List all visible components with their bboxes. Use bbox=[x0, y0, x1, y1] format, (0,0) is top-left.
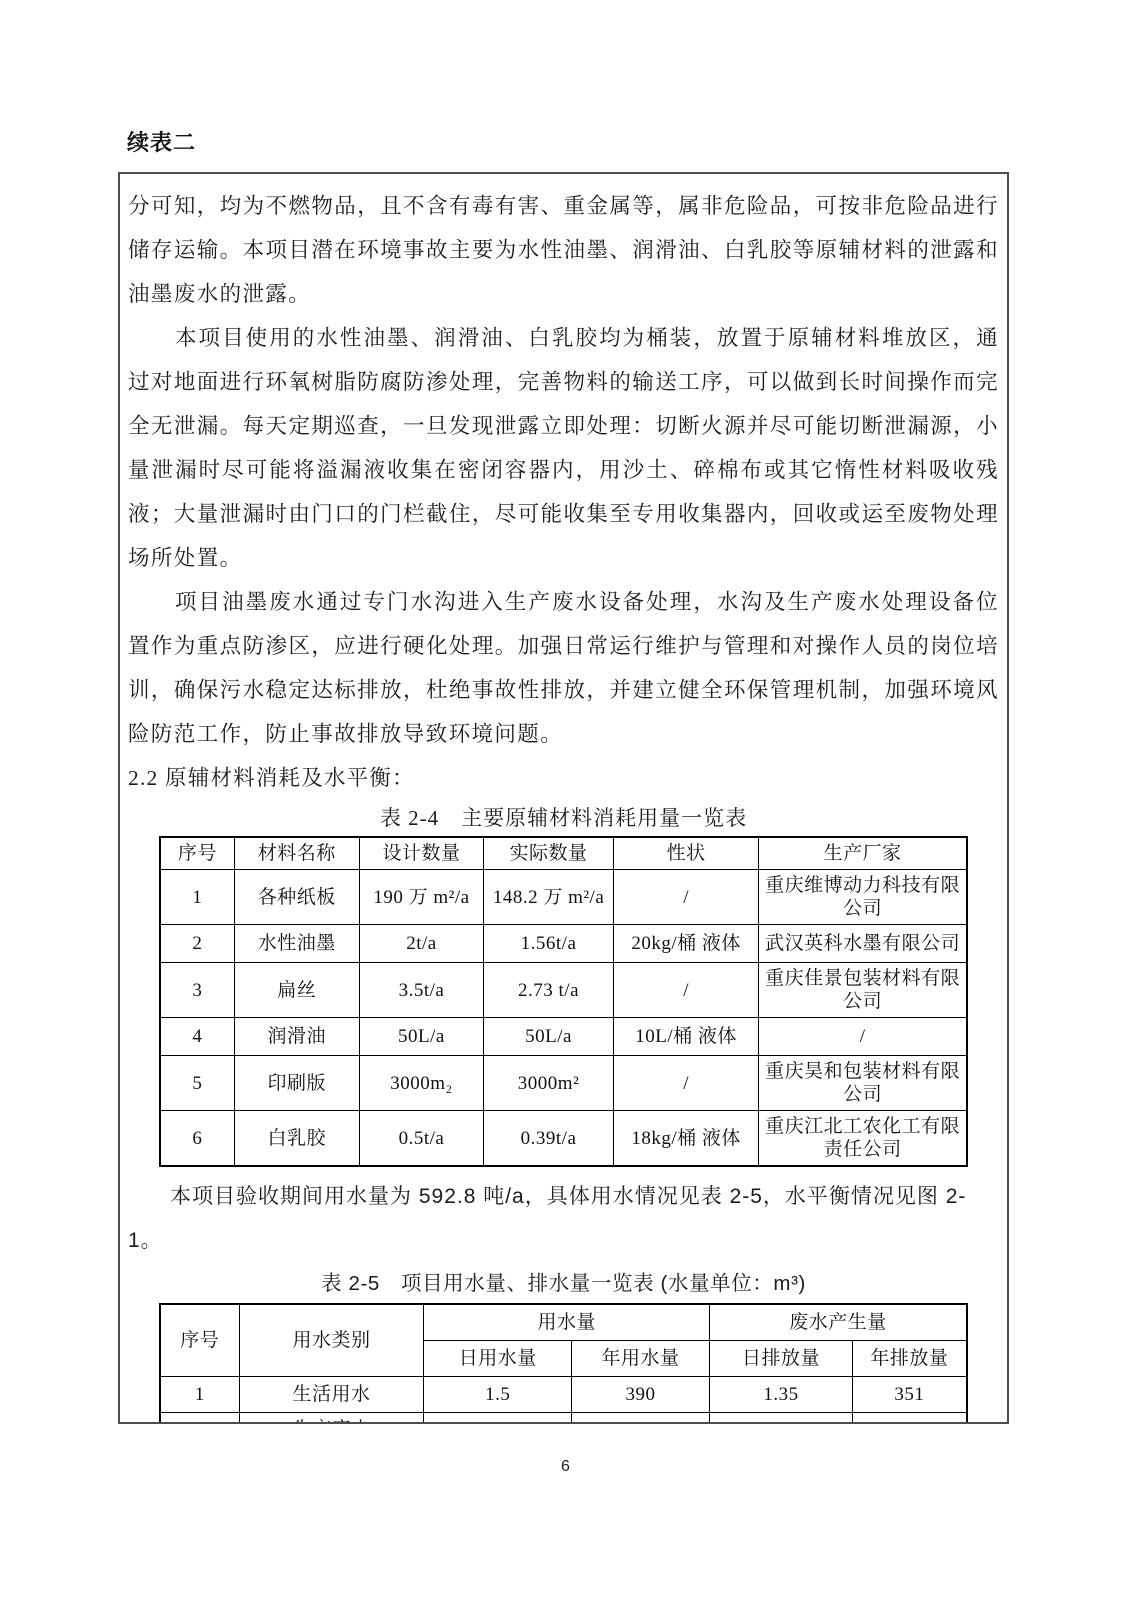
table-cell: 351 bbox=[852, 1376, 967, 1412]
table-cell: 190 万 m²/a bbox=[359, 870, 483, 925]
table-cell: 2 bbox=[160, 1412, 239, 1424]
table-cell: 1.5 bbox=[424, 1376, 572, 1412]
table-cell: 重庆维博动力科技有限公司 bbox=[759, 870, 967, 925]
table-cell: / bbox=[614, 963, 759, 1018]
table-cell: 2t/a bbox=[359, 925, 483, 963]
continuation-table-label: 续表二 bbox=[127, 126, 196, 157]
table-cell: 印刷版 bbox=[234, 1056, 359, 1111]
table-cell: 润滑油 bbox=[234, 1018, 359, 1056]
table-cell: 3000m² bbox=[484, 1056, 614, 1111]
col-header-actual-qty: 实际数量 bbox=[484, 837, 614, 870]
table-row: 1 生活用水 1.5 390 1.35 351 bbox=[160, 1376, 967, 1412]
col-header-daily-discharge: 日排放量 bbox=[710, 1340, 853, 1376]
table-cell: 重庆江北工农化工有限责任公司 bbox=[759, 1111, 967, 1167]
table-cell: / bbox=[759, 1018, 967, 1056]
table-cell: 扁丝 bbox=[234, 963, 359, 1018]
table-cell: 182.52 bbox=[852, 1412, 967, 1424]
table-cell: 50L/a bbox=[359, 1018, 483, 1056]
table-header-group-row: 序号 用水类别 用水量 废水产生量 bbox=[160, 1304, 967, 1340]
table-2-4-materials: 序号 材料名称 设计数量 实际数量 性状 生产厂家 1 各种纸板 190 万 m… bbox=[159, 836, 968, 1167]
group-header-water-usage: 用水量 bbox=[424, 1304, 710, 1340]
table-header-row: 序号 材料名称 设计数量 实际数量 性状 生产厂家 bbox=[160, 837, 967, 870]
table-cell: 武汉英科水墨有限公司 bbox=[759, 925, 967, 963]
table-cell: 3000m₂ bbox=[359, 1056, 483, 1111]
col-header-design-qty: 设计数量 bbox=[359, 837, 483, 870]
table-cell: 生产废水 bbox=[239, 1412, 424, 1424]
paragraph-ink-wastewater: 项目油墨废水通过专门水沟进入生产废水设备处理，水沟及生产废水处理设备位置作为重点… bbox=[128, 580, 999, 756]
table-cell: 202.8 bbox=[572, 1412, 710, 1424]
table-cell: 2 bbox=[160, 925, 234, 963]
table-cell: 148.2 万 m²/a bbox=[484, 870, 614, 925]
table-2-5-caption: 表 2-5 项目用水量、排水量一览表 (水量单位：m³) bbox=[128, 1265, 999, 1303]
table-cell: 10L/桶 液体 bbox=[614, 1018, 759, 1056]
page-number: 6 bbox=[0, 1458, 1131, 1476]
water-usage-note: 本项目验收期间用水量为 592.8 吨/a，具体用水情况见表 2-5，水平衡情况… bbox=[128, 1175, 999, 1263]
table-cell: 3 bbox=[160, 963, 234, 1018]
col-header-manufacturer: 生产厂家 bbox=[759, 837, 967, 870]
paragraph-leak-handling: 本项目使用的水性油墨、润滑油、白乳胶均为桶装，放置于原辅材料堆放区，通过对地面进… bbox=[128, 316, 999, 580]
table-2-4-caption: 表 2-4 主要原辅材料消耗用量一览表 bbox=[128, 800, 999, 836]
table-cell: 5 bbox=[160, 1056, 234, 1111]
col-header-water-type: 用水类别 bbox=[239, 1304, 424, 1376]
table-cell: 重庆佳景包装材料有限公司 bbox=[759, 963, 967, 1018]
table-cell: 生活用水 bbox=[239, 1376, 424, 1412]
col-header-properties: 性状 bbox=[614, 837, 759, 870]
table-row: 1 各种纸板 190 万 m²/a 148.2 万 m²/a / 重庆维博动力科… bbox=[160, 870, 967, 925]
table-cell: 0.78 bbox=[424, 1412, 572, 1424]
table-2-5-water-usage: 序号 用水类别 用水量 废水产生量 日用水量 年用水量 日排放量 年排放量 1 … bbox=[159, 1303, 968, 1424]
table-cell: 1 bbox=[160, 870, 234, 925]
table-cell: 2.73 t/a bbox=[484, 963, 614, 1018]
table-cell: 4 bbox=[160, 1018, 234, 1056]
table-cell: 18kg/桶 液体 bbox=[614, 1111, 759, 1167]
table-row: 6 白乳胶 0.5t/a 0.39t/a 18kg/桶 液体 重庆江北工农化工有… bbox=[160, 1111, 967, 1167]
table-row: 2 水性油墨 2t/a 1.56t/a 20kg/桶 液体 武汉英科水墨有限公司 bbox=[160, 925, 967, 963]
table-cell: 白乳胶 bbox=[234, 1111, 359, 1167]
section-heading-2-2: 2.2 原辅材料消耗及水平衡： bbox=[128, 756, 999, 800]
paragraph-hazard-continuation: 分可知，均为不燃物品，且不含有毒有害、重金属等，属非危险品，可按非危险品进行储存… bbox=[128, 184, 999, 316]
table-cell: 6 bbox=[160, 1111, 234, 1167]
content-border-box: 分可知，均为不燃物品，且不含有毒有害、重金属等，属非危险品，可按非危险品进行储存… bbox=[118, 172, 1009, 1424]
table-row: 3 扁丝 3.5t/a 2.73 t/a / 重庆佳景包装材料有限公司 bbox=[160, 963, 967, 1018]
table-cell: 1.56t/a bbox=[484, 925, 614, 963]
col-header-index: 序号 bbox=[160, 837, 234, 870]
table-cell: 0.39t/a bbox=[484, 1111, 614, 1167]
table-cell: 390 bbox=[572, 1376, 710, 1412]
table-cell: 20kg/桶 液体 bbox=[614, 925, 759, 963]
table-cell: / bbox=[614, 1056, 759, 1111]
col-header-index: 序号 bbox=[160, 1304, 239, 1376]
table-row: 5 印刷版 3000m₂ 3000m² / 重庆昊和包装材料有限公司 bbox=[160, 1056, 967, 1111]
table-cell: 0.702 bbox=[710, 1412, 853, 1424]
table-cell: 1 bbox=[160, 1376, 239, 1412]
col-header-material: 材料名称 bbox=[234, 837, 359, 870]
table-row: 4 润滑油 50L/a 50L/a 10L/桶 液体 / bbox=[160, 1018, 967, 1056]
col-header-yearly-usage: 年用水量 bbox=[572, 1340, 710, 1376]
document-page: 续表二 分可知，均为不燃物品，且不含有毒有害、重金属等，属非危险品，可按非危险品… bbox=[0, 0, 1131, 1600]
col-header-daily-usage: 日用水量 bbox=[424, 1340, 572, 1376]
table-cell: 50L/a bbox=[484, 1018, 614, 1056]
table-cell: 3.5t/a bbox=[359, 963, 483, 1018]
table-row: 2 生产废水 0.78 202.8 0.702 182.52 bbox=[160, 1412, 967, 1424]
group-header-wastewater: 废水产生量 bbox=[710, 1304, 967, 1340]
table-cell: / bbox=[614, 870, 759, 925]
table-cell: 水性油墨 bbox=[234, 925, 359, 963]
table-cell: 1.35 bbox=[710, 1376, 853, 1412]
table-cell: 各种纸板 bbox=[234, 870, 359, 925]
col-header-yearly-discharge: 年排放量 bbox=[852, 1340, 967, 1376]
table-cell: 重庆昊和包装材料有限公司 bbox=[759, 1056, 967, 1111]
table-cell: 0.5t/a bbox=[359, 1111, 483, 1167]
